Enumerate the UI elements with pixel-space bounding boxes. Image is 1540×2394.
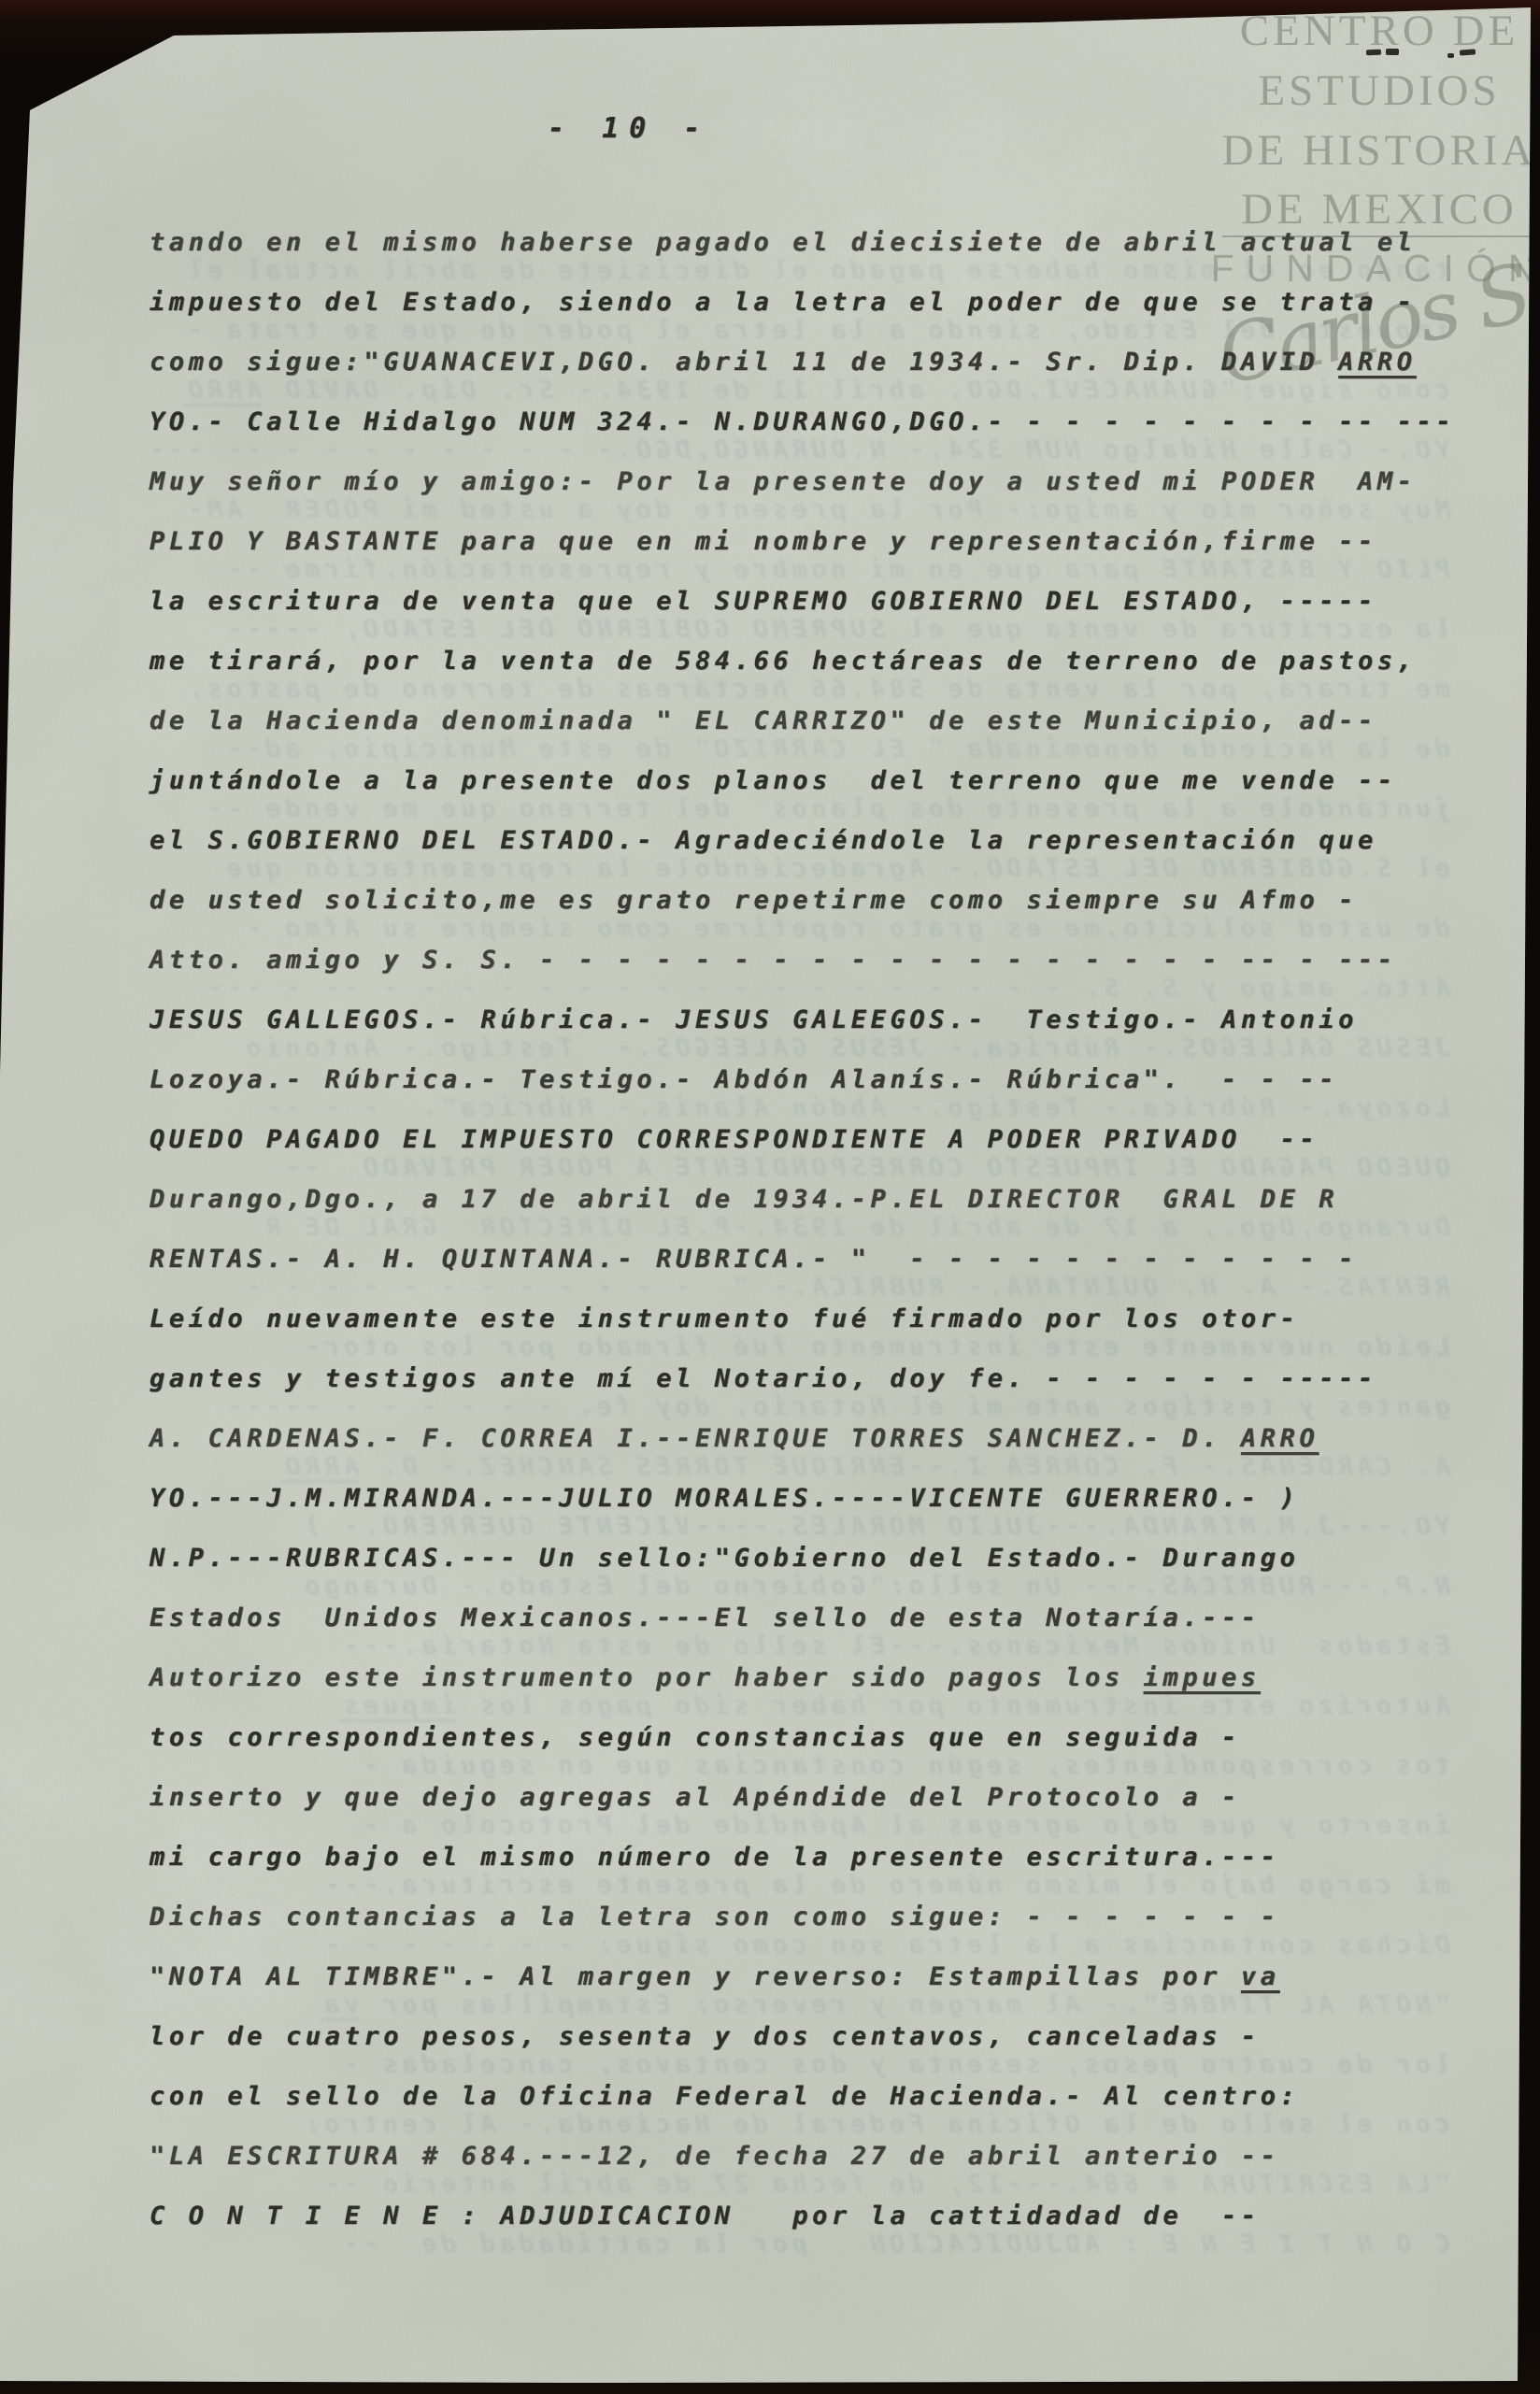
typed-line: C O N T I E N E : ADJUDICACION por la ca… [150,2187,1450,2246]
typed-line: "LA ESCRITURA # 684.---12, de fecha 27 d… [150,2127,1450,2187]
typed-line: gantes y testigos ante mí el Notario, do… [150,1349,1450,1409]
typed-line: impuesto del Estado, siendo a la letra e… [150,273,1450,333]
page-number: - 10 - [548,112,710,145]
typed-line: PLIO Y BASTANTE para que en mi nombre y … [150,512,1450,572]
typed-line: de usted solicito,me es grato repetirme … [150,871,1450,931]
typed-line: RENTAS.- A. H. QUINTANA.- RUBRICA.- " - … [150,1230,1450,1290]
typed-line: lor de cuatro pesos, sesenta y dos centa… [150,2007,1450,2067]
typed-line: "NOTA AL TIMBRE".- Al margen y reverso: … [150,1947,1450,2007]
typed-line: YO.---J.M.MIRANDA.---JULIO MORALES.----V… [150,1469,1450,1529]
typed-line: inserto y que dejo agregas al Apéndide d… [150,1768,1450,1828]
typed-line: Durango,Dgo., a 17 de abril de 1934.-P.E… [150,1170,1450,1230]
watermark-line: DE HISTORIA [1174,125,1540,176]
typed-text-block: tando en el mismo haberse pagado el diec… [150,213,1450,2246]
ink-dash [1366,50,1381,56]
watermark-line: ESTUDIOS [1174,65,1540,116]
typed-line: YO.- Calle Hidalgo NUM 324.- N.DURANGO,D… [150,392,1450,452]
typed-line: JESUS GALLEGOS.- Rúbrica.- JESUS GALEEGO… [150,990,1450,1050]
ink-dash [1460,49,1476,55]
typed-line: mi cargo bajo el mismo número de la pres… [150,1828,1450,1888]
ink-dash [1447,53,1454,58]
typed-line: Autorizo este instrumento por haber sido… [150,1648,1450,1708]
scanned-page-background: CENTRO DE ESTUDIOS DE HISTORIA DE MEXICO… [0,0,1540,2394]
typed-line: QUEDO PAGADO EL IMPUESTO CORRESPONDIENTE… [150,1110,1450,1170]
typed-line: tos correspondientes, según constancias … [150,1708,1450,1768]
typed-line: con el sello de la Oficina Federal de Ha… [150,2067,1450,2127]
typed-line: Atto. amigo y S. S. - - - - - - - - - - … [150,931,1450,990]
typed-line: como sigue:"GUANACEVI,DGO. abril 11 de 1… [150,333,1450,392]
typed-line: de la Hacienda denominada " EL CARRIZO" … [150,691,1450,751]
watermark-line: CENTRO DE [1174,6,1540,56]
typed-line: Dichas contancias a la letra son como si… [150,1888,1450,1947]
typed-line: N.P.---RUBRICAS.--- Un sello:"Gobierno d… [150,1529,1450,1589]
typed-line: Estados Unidos Mexicanos.---El sello de … [150,1589,1450,1648]
typed-line: Muy señor mío y amigo:- Por la presente … [150,452,1450,512]
document-page: CENTRO DE ESTUDIOS DE HISTORIA DE MEXICO… [0,0,1540,2394]
ink-dash [1386,49,1399,55]
typed-line: juntándole a la presente dos planos del … [150,751,1450,811]
typed-line: Lozoya.- Rúbrica.- Testigo.- Abdón Alaní… [150,1050,1450,1110]
typed-line: tando en el mismo haberse pagado el diec… [150,213,1450,273]
typed-line: A. CARDENAS.- F. CORREA I.--ENRIQUE TORR… [150,1409,1450,1469]
typed-line: me tirará, por la venta de 584.66 hectár… [150,632,1450,691]
typed-line: Leído nuevamente este instrumento fué fi… [150,1290,1450,1349]
typed-line: la escritura de venta que el SUPREMO GOB… [150,572,1450,632]
typed-line: el S.GOBIERNO DEL ESTADO.- Agradeciéndol… [150,811,1450,871]
